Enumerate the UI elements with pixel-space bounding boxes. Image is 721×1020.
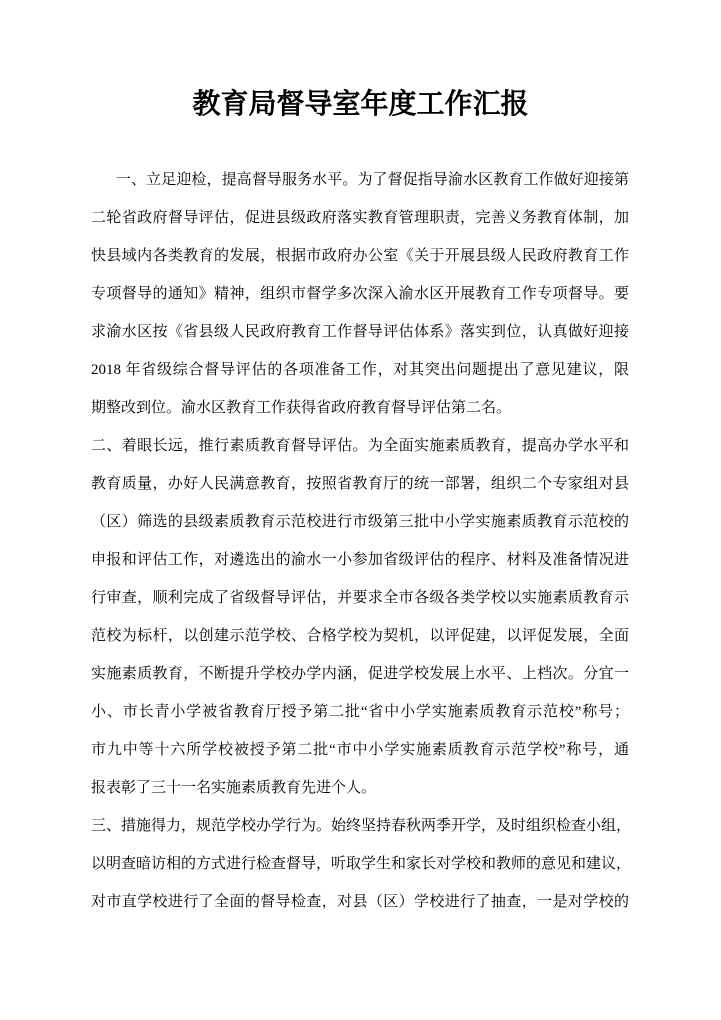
text-line: 小、市长青小学被省教育厅授予第二批“省中小学实施素质教育示范校”称号； (91, 693, 629, 731)
text-line: 实施素质教育，不断提升学校办学内涵，促进学校发展上水平、上档次。分宜一 (91, 655, 629, 693)
text-line: 二轮省政府督导评估，促进县级政府落实教育管理职责，完善义务教育体制，加 (91, 199, 629, 237)
paragraph-3: 三、措施得力，规范学校办学行为。始终坚持春秋两季开学，及时组织检查小组，以明查暗… (91, 807, 629, 921)
text-line: 申报和评估工作，对遴选出的渝水一小参加省级评估的程序、材料及准备情况进 (91, 541, 629, 579)
text-line: 范校为标杆，以创建示范学校、合格学校为契机，以评促建，以评促发展，全面 (91, 617, 629, 655)
text-line: 以明查暗访相的方式进行检查督导，听取学生和家长对学校和教师的意见和建议， (91, 845, 629, 883)
text-line: 三、措施得力，规范学校办学行为。始终坚持春秋两季开学，及时组织检查小组， (91, 807, 629, 845)
paragraph-2: 二、着眼长远，推行素质教育督导评估。为全面实施素质教育，提高办学水平和教育质量，… (91, 427, 629, 807)
text-line: 专项督导的通知》精神，组织市督学多次深入渝水区开展教育工作专项督导。要 (91, 275, 629, 313)
document-page: 教育局督导室年度工作汇报 一、立足迎检，提高督导服务水平。为了督促指导渝水区教育… (0, 0, 721, 1020)
document-title: 教育局督导室年度工作汇报 (0, 86, 721, 124)
paragraph-1: 一、立足迎检，提高督导服务水平。为了督促指导渝水区教育工作做好迎接第二轮省政府督… (91, 161, 629, 427)
text-line: 快县域内各类教育的发展，根据市政府办公室《关于开展县级人民政府教育工作 (91, 237, 629, 275)
text-line: 求渝水区按《省县级人民政府教育工作督导评估体系》落实到位，认真做好迎接 (91, 313, 629, 351)
text-line: 对市直学校进行了全面的督导检查，对县（区）学校进行了抽查，一是对学校的 (91, 883, 629, 921)
text-line: 市九中等十六所学校被授予第二批“市中小学实施素质教育示范学校”称号，通 (91, 731, 629, 769)
document-body: 一、立足迎检，提高督导服务水平。为了督促指导渝水区教育工作做好迎接第二轮省政府督… (91, 161, 629, 921)
text-line: （区）筛选的县级素质教育示范校进行市级第三批中小学实施素质教育示范校的 (91, 503, 629, 541)
text-line: 行审查，顺利完成了省级督导评估，并要求全市各级各类学校以实施素质教育示 (91, 579, 629, 617)
text-line: 一、立足迎检，提高督导服务水平。为了督促指导渝水区教育工作做好迎接第 (91, 161, 629, 199)
text-line: 2018 年省级综合督导评估的各项准备工作，对其突出问题提出了意见建议，限 (91, 351, 629, 389)
text-line: 教育质量，办好人民满意教育，按照省教育厅的统一部署，组织二个专家组对县 (91, 465, 629, 503)
text-line: 报表彰了三十一名实施素质教育先进个人。 (91, 769, 629, 807)
text-line: 二、着眼长远，推行素质教育督导评估。为全面实施素质教育，提高办学水平和 (91, 427, 629, 465)
text-line: 期整改到位。渝水区教育工作获得省政府教育督导评估第二名。 (91, 389, 629, 427)
